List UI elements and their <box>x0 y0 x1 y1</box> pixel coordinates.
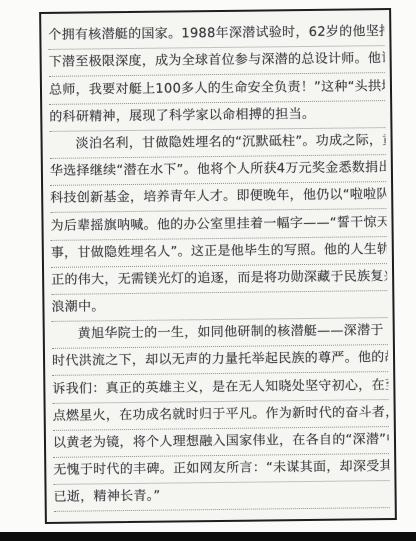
text-line: 无愧于时代的丰碑。正如网友所言：“未谋其面，却深受其恩；斯人 <box>53 454 389 485</box>
text-line: 以黄老为镜，将个人理想融入国家伟业，在各自的“深潜”中铸就 <box>53 427 389 458</box>
text-line-content: 下潜至极限深度，成为全球首位参与深潜的总设计师。他说：“我是 <box>49 46 385 75</box>
text-line-content: 正的伟大，无需镁光灯的追逐，而是将功勋深藏于民族复兴的 <box>51 264 387 293</box>
text-line-content: 黄旭华院士的一生，如同他研制的核潜艇——深潜于 <box>52 318 388 347</box>
text-line-content: 无愧于时代的丰碑。正如网友所言：“未谋其面，却深受其恩；斯人 <box>53 454 389 483</box>
text-line: 个拥有核潜艇的国家。1988年深潜试验时，62岁的他坚持随艇 <box>48 19 384 50</box>
text-line: 为后辈摇旗呐喊。他的办公室里挂着一幅字——“誓干惊天动地 <box>50 209 386 240</box>
text-line: 点燃星火，在功成名就时归于平凡。作为新时代的奋斗者，我们当 <box>53 400 389 431</box>
handwritten-text: 个拥有核潜艇的国家。1988年深潜试验时，62岁的他坚持随艇下潜至极限深度，成为… <box>48 19 390 522</box>
text-line-content: 诉我们：真正的英雄主义，是在无人知晓处坚守初心，在至暗时刻中 <box>52 373 388 402</box>
photo-background: 个拥有核潜艇的国家。1988年深潜试验时，62岁的他坚持随艇下潜至极限深度，成为… <box>0 0 416 541</box>
text-line-content: 事，甘做隐姓埋名人”。这正是他毕生的写照。他的人生轨迹证明真 <box>51 237 387 266</box>
photo-edge-bar <box>0 532 416 541</box>
text-line-content: 总师，我要对艇上100多人的生命安全负责！”这种“头拱地，脚朝天” <box>49 74 385 103</box>
text-line-content: 个拥有核潜艇的国家。1988年深潜试验时，62岁的他坚持随艇 <box>48 19 384 48</box>
text-line: 的科研精神，展现了科学家以命相搏的担当。 <box>49 101 385 132</box>
text-line-content: 的科研精神，展现了科学家以命相搏的担当。 <box>49 101 385 130</box>
text-line: 华选择继续“潜在水下”。他将个人所获4万元奖金悉数捐出，设立 <box>50 155 386 186</box>
text-line-content: 点燃星火，在功成名就时归于平凡。作为新时代的奋斗者，我们当 <box>53 400 389 429</box>
text-line: 科技创新基金，培养青年人才。即便晚年，他仍以“啦啦队长”自居， <box>50 182 386 213</box>
text-line: 黄旭华院士的一生，如同他研制的核潜艇——深潜于 <box>52 318 388 349</box>
text-line-content: 华选择继续“潜在水下”。他将个人所获4万元奖金悉数捐出，设立 <box>50 155 386 184</box>
text-line: 总师，我要对艇上100多人的生命安全负责！”这种“头拱地，脚朝天” <box>49 73 385 104</box>
text-line: 已逝，精神长青。” <box>53 481 389 512</box>
text-line: 正的伟大，无需镁光灯的追逐，而是将功勋深藏于民族复兴的 <box>51 264 387 295</box>
text-line-content: 科技创新基金，培养青年人才。即便晚年，他仍以“啦啦队长”自居， <box>50 182 386 211</box>
text-line: 浪潮中。 <box>51 291 387 322</box>
stationery-border: 个拥有核潜艇的国家。1988年深潜试验时，62岁的他坚持随艇下潜至极限深度，成为… <box>39 8 397 524</box>
text-line-content: 以黄老为镜，将个人理想融入国家伟业，在各自的“深潜”中铸就 <box>53 427 389 456</box>
text-line: 诉我们：真正的英雄主义，是在无人知晓处坚守初心，在至暗时刻中 <box>52 373 388 404</box>
text-line-content: 为后辈摇旗呐喊。他的办公室里挂着一幅字——“誓干惊天动地 <box>50 210 386 239</box>
text-line: 下潜至极限深度，成为全球首位参与深潜的总设计师。他说：“我是 <box>49 46 385 77</box>
text-line-content: 已逝，精神长青。” <box>53 481 389 510</box>
text-line-content: 淡泊名利，甘做隐姓埋名的“沉默砥柱”。功成之际，黄旭 <box>49 128 385 157</box>
text-line: 事，甘做隐姓埋名人”。这正是他毕生的写照。他的人生轨迹证明真 <box>51 237 387 268</box>
text-line-content: 时代洪流之下，却以无声的力量托举起民族的尊严。他的故事告 <box>52 346 388 375</box>
text-line: 时代洪流之下，却以无声的力量托举起民族的尊严。他的故事告 <box>52 345 388 376</box>
text-line: 淡泊名利，甘做隐姓埋名的“沉默砥柱”。功成之际，黄旭 <box>49 128 385 159</box>
text-line-content: 浪潮中。 <box>51 291 387 320</box>
